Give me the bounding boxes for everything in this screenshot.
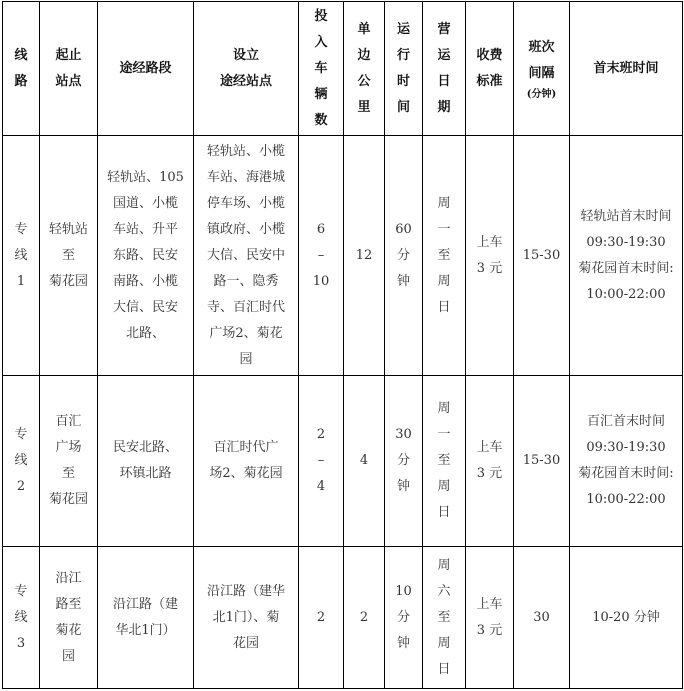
cell-operating-days: 周一至周日 (423, 136, 466, 376)
cell-stops: 轻轨站、小榄车站、海港城停车场、小榄镇政府、小榄大信、民安中路一、隐秀寺、百汇时… (194, 136, 299, 376)
cell-vehicles: 2 (299, 547, 344, 689)
cell-first-last: 10-20 分钟 (570, 547, 683, 689)
cell-first-last: 轻轨站首末时间09:30-19:30菊花园首末时间:10:00-22:00 (570, 136, 683, 376)
cell-vehicles: 2–4 (299, 376, 344, 547)
cell-first-last: 百汇首末时间09:30-19:30菊花园首末时间:10:00-22:00 (570, 376, 683, 547)
header-first-last: 首末班时间 (570, 2, 683, 136)
table-row: 专线2 百汇广场至菊花园 民安北路、环镇北路 百汇时代广场2、菊花园 2–4 4… (3, 376, 683, 547)
cell-distance: 12 (344, 136, 385, 376)
cell-fare: 上车3 元 (466, 136, 514, 376)
interval-unit: (分钟) (514, 87, 569, 103)
header-row: 线路 起止站点 途经路段 设立途经站点 投入车辆数 单边公里 运行时间 营运日期 (3, 2, 683, 136)
cell-interval: 30 (514, 547, 570, 689)
cell-stops: 百汇时代广场2、菊花园 (194, 376, 299, 547)
cell-interval: 15-30 (514, 136, 570, 376)
cell-duration: 30分钟 (385, 376, 423, 547)
header-operating-days: 营运日期 (423, 2, 466, 136)
cell-distance: 4 (344, 376, 385, 547)
header-vehicles: 投入车辆数 (299, 2, 344, 136)
cell-operating-days: 周六至周日 (423, 547, 466, 689)
cell-terminals: 沿江路至菊花园 (40, 547, 98, 689)
cell-road-sections: 轻轨站、105国道、小榄车站、升平东路、民安南路、小榄大信、民安北路、 (98, 136, 194, 376)
header-stops: 设立途经站点 (194, 2, 299, 136)
header-road-sections: 途经路段 (98, 2, 194, 136)
header-interval: 班次间隔 (分钟) (514, 2, 570, 136)
cell-route: 专线1 (3, 136, 40, 376)
cell-road-sections: 沿江路（建华北1门） (98, 547, 194, 689)
cell-duration: 60分钟 (385, 136, 423, 376)
cell-distance: 2 (344, 547, 385, 689)
cell-terminals: 轻轨站至菊花园 (40, 136, 98, 376)
header-fare: 收费标准 (466, 2, 514, 136)
bus-route-table: 线路 起止站点 途经路段 设立途经站点 投入车辆数 单边公里 运行时间 营运日期 (2, 1, 683, 689)
cell-terminals: 百汇广场至菊花园 (40, 376, 98, 547)
header-route: 线路 (3, 2, 40, 136)
cell-operating-days: 周一至周日 (423, 376, 466, 547)
header-distance: 单边公里 (344, 2, 385, 136)
cell-route: 专线3 (3, 547, 40, 689)
header-terminals: 起止站点 (40, 2, 98, 136)
cell-road-sections: 民安北路、环镇北路 (98, 376, 194, 547)
cell-route: 专线2 (3, 376, 40, 547)
cell-stops: 沿江路（建华北1门）、菊花园 (194, 547, 299, 689)
cell-fare: 上车3 元 (466, 547, 514, 689)
cell-duration: 10分钟 (385, 547, 423, 689)
table-row: 专线1 轻轨站至菊花园 轻轨站、105国道、小榄车站、升平东路、民安南路、小榄大… (3, 136, 683, 376)
cell-interval: 15-30 (514, 376, 570, 547)
header-duration: 运行时间 (385, 2, 423, 136)
cell-fare: 上车3 元 (466, 376, 514, 547)
table-row: 专线3 沿江路至菊花园 沿江路（建华北1门） 沿江路（建华北1门）、菊花园 2 … (3, 547, 683, 689)
cell-vehicles: 6–10 (299, 136, 344, 376)
